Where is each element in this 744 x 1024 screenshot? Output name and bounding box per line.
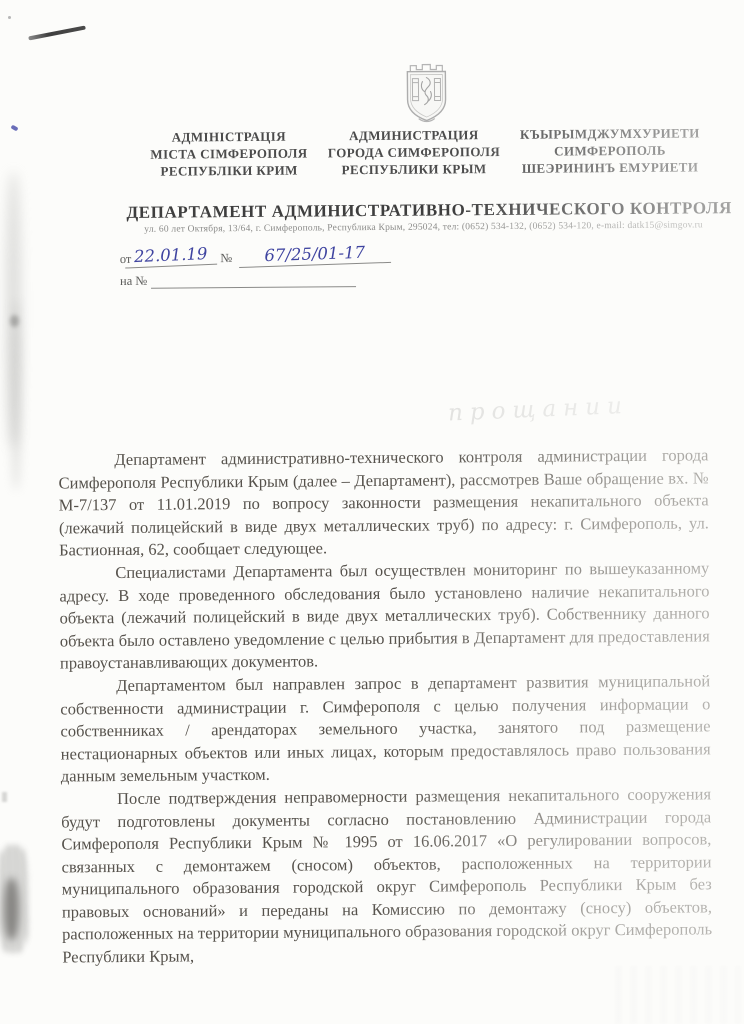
org-name-line: АДМИНИСТРАЦИЯ: [320, 127, 508, 145]
left-edge-smudge: [11, 300, 21, 490]
org-name-line: КЪЫРЫМДЖУМХУРИЕТИ: [501, 125, 719, 144]
left-edge-tick: [2, 792, 7, 802]
left-edge-smudge-spot: [10, 315, 19, 327]
body-paragraph: Специалистами Департамента был осуществл…: [59, 557, 710, 675]
body-paragraph: Департамент административно-технического…: [58, 444, 709, 562]
speck-mark: [8, 16, 11, 19]
simferopol-coat-of-arms-icon: [394, 61, 459, 135]
pencil-annotation: прощании: [448, 393, 630, 427]
handwritten-outgoing-number: 67/25/01-17: [238, 244, 391, 268]
org-name-ukrainian: АДМІНІСТРАЦІЯ МІСТА СІМФЕРОПОЛЯ РЕСПУБЛІ…: [131, 128, 327, 180]
page-bleedthrough-bars: [615, 966, 741, 1024]
outgoing-ref-row: от 22.01.19 № 67/25/01-17: [120, 246, 391, 267]
org-name-line: МІСТА СІМФЕРОПОЛЯ: [131, 145, 327, 163]
reply-to-label: на №: [120, 273, 147, 288]
contact-address-line: ул. 60 лет Октября, 13/64, г. Симферопол…: [117, 220, 731, 235]
reply-number-blank: [151, 272, 356, 289]
org-name-line: ГОРОДА СИМФЕРОПОЛЯ: [320, 144, 508, 162]
body-paragraph: Департаментом был направлен запрос в деп…: [60, 670, 711, 788]
org-name-line: ШЕЭРИНИНЪ ЕМУРИЕТИ: [501, 159, 719, 178]
handwritten-date: 22.01.19: [124, 246, 217, 268]
number-sign: №: [220, 251, 232, 266]
department-title: ДЕПАРТАМЕНТ АДМИНИСТРАТИВНО-ТЕХНИЧЕСКОГО…: [126, 198, 720, 223]
org-name-crimean-tatar: КЪЫРЫМДЖУМХУРИЕТИ СИМФЕРОПОЛЬ ШЕЭРИНИНЪ …: [501, 125, 719, 177]
bottom-left-charcoal-smudge: [4, 878, 19, 940]
org-name-line: СИМФЕРОПОЛЬ: [501, 142, 719, 161]
body-paragraph: После подтверждения неправомерности разм…: [61, 783, 712, 969]
org-name-russian: АДМИНИСТРАЦИЯ ГОРОДА СИМФЕРОПОЛЯ РЕСПУБЛ…: [320, 127, 508, 179]
letter-content: АДМІНІСТРАЦІЯ МІСТА СІМФЕРОПОЛЯ РЕСПУБЛІ…: [0, 0, 744, 1024]
scanned-letter-page: АДМІНІСТРАЦІЯ МІСТА СІМФЕРОПОЛЯ РЕСПУБЛІ…: [0, 0, 744, 1024]
org-name-line: РЕСПУБЛИКИ КРЫМ: [320, 161, 508, 179]
org-name-line: РЕСПУБЛІКИ КРИМ: [131, 162, 327, 180]
reference-block: от 22.01.19 № 67/25/01-17 на №: [120, 246, 391, 289]
letter-body: Департамент административно-технического…: [58, 444, 712, 969]
org-name-line: АДМІНІСТРАЦІЯ: [131, 128, 327, 146]
incoming-ref-row: на №: [120, 271, 391, 288]
